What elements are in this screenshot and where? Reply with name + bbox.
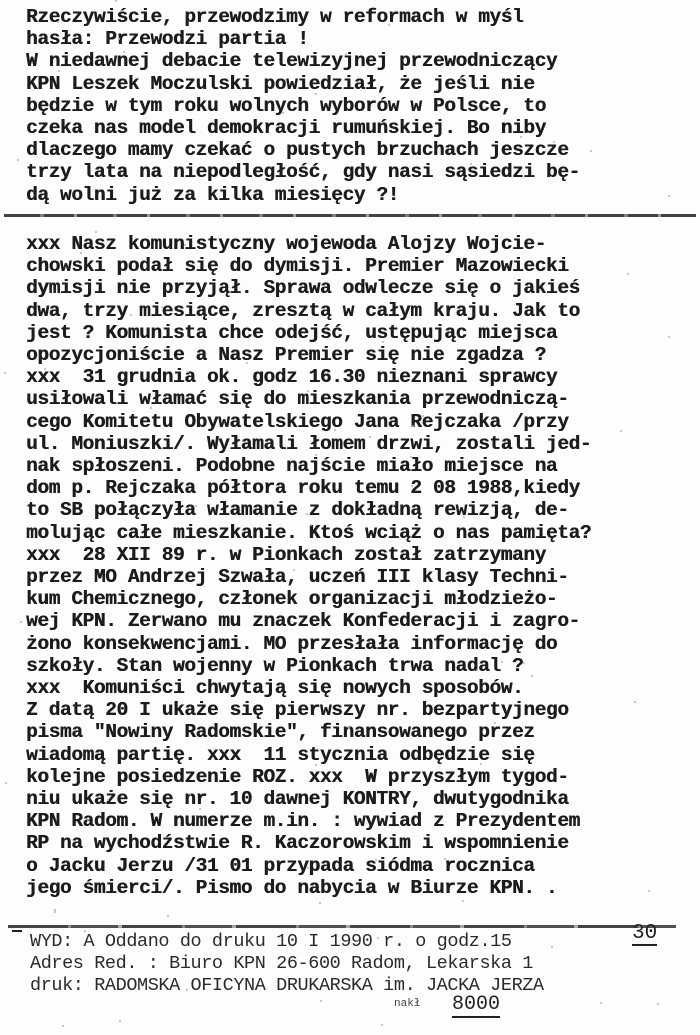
text-line: żono konsekwencjami. MO przesłała inform… bbox=[26, 633, 686, 655]
paper-speck bbox=[189, 793, 191, 795]
news-items-paragraph: xxx Nasz komunistyczny wojewoda Alojzy W… bbox=[26, 233, 686, 899]
paper-speck bbox=[4, 372, 6, 374]
paper-speck bbox=[480, 763, 482, 765]
paper-speck bbox=[343, 580, 345, 582]
text-line: jego śmierci/. Pismo do nabycia w Biurze… bbox=[26, 877, 686, 899]
text-line: dymisji nie przyjął. Sprawa odwlecze się… bbox=[26, 277, 686, 299]
text-line: RP na wychodźstwie R. Kaczorowskim i wsp… bbox=[26, 832, 686, 854]
paper-speck bbox=[80, 252, 82, 254]
paper-speck bbox=[620, 430, 622, 432]
paper-speck bbox=[668, 195, 670, 197]
paper-speck bbox=[501, 661, 503, 663]
imprint-line: druk: RADOMSKA OFICYNA DRUKARSKA im. JAC… bbox=[30, 975, 690, 997]
text-line: to SB połączyła włamanie z dokładną rewi… bbox=[26, 499, 686, 521]
paper-speck bbox=[118, 38, 120, 40]
paper-speck bbox=[436, 89, 438, 91]
paper-speck bbox=[388, 24, 390, 26]
text-line: KPN Radom. W numerze m.in. : wywiad z Pr… bbox=[26, 810, 686, 832]
paper-speck bbox=[150, 407, 152, 409]
paper-speck bbox=[307, 867, 309, 869]
paper-speck bbox=[382, 341, 384, 343]
text-line: nak spłoszeni. Podobne najście miało mie… bbox=[26, 455, 686, 477]
print-run-count: 8000 bbox=[452, 994, 500, 1018]
paper-speck bbox=[329, 244, 331, 246]
text-line: dom p. Rejczaka półtora roku temu 2 08 1… bbox=[26, 477, 686, 499]
paper-speck bbox=[348, 727, 350, 729]
text-line: wiadomą partię. xxx 11 stycznia odbędzie… bbox=[26, 744, 686, 766]
paper-speck bbox=[470, 163, 472, 165]
paper-speck bbox=[115, 0, 117, 2]
paper-speck bbox=[444, 858, 446, 860]
paper-speck bbox=[470, 290, 472, 292]
paper-speck bbox=[184, 244, 186, 246]
paper-speck bbox=[123, 51, 125, 53]
paper-speck bbox=[315, 764, 317, 766]
paper-speck bbox=[381, 1024, 383, 1026]
paper-speck bbox=[476, 669, 478, 671]
text-line: przez MO Andrzej Szwała, uczeń III klasy… bbox=[26, 566, 686, 588]
paper-speck bbox=[345, 53, 347, 55]
text-line: czeka nas model demokracji rumuńskiej. B… bbox=[26, 117, 686, 139]
paper-speck bbox=[460, 79, 462, 81]
paper-speck bbox=[634, 701, 636, 703]
paper-speck bbox=[375, 859, 377, 861]
footer-divider-rule bbox=[8, 925, 676, 928]
paper-speck bbox=[226, 370, 228, 372]
paper-speck bbox=[130, 314, 132, 316]
paper-speck bbox=[160, 859, 162, 861]
text-line: pisma "Nowiny Radomskie", finansowanego … bbox=[26, 721, 686, 743]
paper-speck bbox=[87, 820, 89, 822]
text-line: dą wolni już za kilka miesięcy ?! bbox=[26, 184, 686, 206]
text-line: ul. Moniuszki/. Wyłamali łomem drzwi, zo… bbox=[26, 433, 686, 455]
paper-speck bbox=[167, 915, 169, 917]
paper-speck bbox=[627, 273, 629, 275]
paper-speck bbox=[187, 371, 189, 373]
text-line: kum Chemicznego, członek organizacji mło… bbox=[26, 588, 686, 610]
paper-speck bbox=[410, 456, 412, 458]
paper-speck bbox=[186, 989, 188, 991]
paper-speck bbox=[348, 243, 350, 245]
imprint-line: Adres Red. : Biuro KPN 26-600 Radom, Lek… bbox=[30, 953, 690, 975]
paper-speck bbox=[17, 159, 19, 161]
intro-paragraph: Rzeczywiście, przewodzimy w reformach w … bbox=[26, 6, 686, 206]
text-line: o Jacku Jerzu /31 01 przypada siódma roc… bbox=[26, 855, 686, 877]
text-line: kolejne posiedzenie ROZ. xxx W przyszłym… bbox=[26, 766, 686, 788]
text-line: dwa, trzy miesiące, zresztą w całym kraj… bbox=[26, 300, 686, 322]
imprint-footer: WYD: A Oddano do druku 10 I 1990 r. o go… bbox=[30, 931, 690, 997]
text-line: xxx Nasz komunistyczny wojewoda Alojzy W… bbox=[26, 233, 686, 255]
text-line: xxx 28 XII 89 r. w Pionkach został zatrz… bbox=[26, 544, 686, 566]
paper-speck bbox=[307, 390, 309, 392]
paper-speck bbox=[84, 930, 86, 932]
paper-speck bbox=[463, 516, 465, 518]
paper-speck bbox=[311, 240, 313, 242]
paper-speck bbox=[494, 722, 496, 724]
text-line: będzie w tym roku wolnych wyborów w Pols… bbox=[26, 95, 686, 117]
paper-speck bbox=[523, 662, 525, 664]
paper-speck bbox=[600, 1002, 602, 1004]
paper-speck bbox=[306, 513, 308, 515]
paper-speck bbox=[107, 799, 109, 801]
text-line: KPN Leszek Moczulski powiedział, że jeśl… bbox=[26, 73, 686, 95]
text-line: niu ukaże się nr. 10 dawnej KONTRY, dwut… bbox=[26, 788, 686, 810]
paper-speck bbox=[657, 1003, 659, 1005]
paper-speck bbox=[310, 524, 312, 526]
paper-speck bbox=[411, 485, 413, 487]
text-line: usiłowali włamać się do mieszkania przew… bbox=[26, 388, 686, 410]
paper-speck bbox=[531, 675, 533, 677]
paper-speck bbox=[199, 808, 201, 810]
text-line: jest ? Komunista chce odejść, ustępując … bbox=[26, 322, 686, 344]
text-line: molując całe mieszkanie. Ktoś wciąż o na… bbox=[26, 522, 686, 544]
paper-speck bbox=[282, 112, 284, 114]
paper-speck bbox=[44, 368, 46, 370]
print-run-label: nakł bbox=[394, 998, 420, 1010]
paper-speck bbox=[369, 436, 371, 438]
paper-speck bbox=[161, 306, 163, 308]
paper-speck bbox=[84, 459, 86, 461]
paper-speck bbox=[55, 958, 57, 960]
paper-speck bbox=[54, 911, 56, 913]
text-line: opozycjoniście a Nasz Premier się nie zg… bbox=[26, 344, 686, 366]
paper-speck bbox=[236, 962, 238, 964]
imprint-time-minutes: 30 bbox=[632, 924, 657, 946]
paper-speck bbox=[5, 782, 7, 784]
margin-tick-mark bbox=[12, 930, 22, 932]
paper-speck bbox=[320, 1000, 322, 1002]
paper-speck bbox=[422, 415, 424, 417]
document-page: Rzeczywiście, przewodzimy w reformach w … bbox=[0, 0, 700, 1035]
paper-speck bbox=[95, 231, 97, 233]
paper-speck bbox=[392, 504, 394, 506]
divider-rule bbox=[4, 214, 696, 217]
paper-speck bbox=[58, 70, 60, 72]
paper-speck bbox=[462, 900, 464, 902]
paper-speck bbox=[119, 1020, 121, 1022]
paper-speck bbox=[553, 141, 555, 143]
text-line: Z datą 20 I ukaże się pierwszy nr. bezpa… bbox=[26, 699, 686, 721]
text-line: trzy lata na niepodległość, gdy nasi sąs… bbox=[26, 161, 686, 183]
text-line: W niedawnej debacie telewizyjnej przewod… bbox=[26, 50, 686, 72]
paper-speck bbox=[57, 21, 59, 23]
paper-speck bbox=[246, 362, 248, 364]
paper-speck bbox=[590, 150, 592, 152]
text-line: hasła: Przewodzi partia ! bbox=[26, 28, 686, 50]
paper-speck bbox=[412, 425, 414, 427]
text-line: xxx 31 grudnia ok. godz 16.30 nieznani s… bbox=[26, 366, 686, 388]
paper-speck bbox=[648, 890, 650, 892]
text-line: chowski podał się do dymisji. Premier Ma… bbox=[26, 255, 686, 277]
text-line: xxx Komuniści chwytają się nowych sposob… bbox=[26, 677, 686, 699]
paper-speck bbox=[334, 429, 336, 431]
text-line: szkoły. Stan wojenny w Pionkach trwa nad… bbox=[26, 655, 686, 677]
text-line: Rzeczywiście, przewodzimy w reformach w … bbox=[26, 6, 686, 28]
paper-speck bbox=[293, 569, 295, 571]
text-line: dlaczego mamy czekać o pustych brzuchach… bbox=[26, 139, 686, 161]
paper-speck bbox=[668, 336, 670, 338]
imprint-line: WYD: A Oddano do druku 10 I 1990 r. o go… bbox=[30, 931, 690, 953]
paper-speck bbox=[315, 93, 317, 95]
paper-speck bbox=[195, 505, 197, 507]
text-line: wej KPN. Zerwano mu znaczek Konfederacji… bbox=[26, 610, 686, 632]
paper-speck bbox=[20, 621, 22, 623]
paper-speck bbox=[551, 946, 553, 948]
text-line: cego Komitetu Obywatelskiego Jana Rejcza… bbox=[26, 411, 686, 433]
paper-speck bbox=[377, 937, 379, 939]
paper-speck bbox=[315, 454, 317, 456]
paper-speck bbox=[319, 902, 321, 904]
paper-speck bbox=[33, 426, 35, 428]
paper-speck bbox=[520, 136, 522, 138]
paper-speck bbox=[62, 1025, 64, 1027]
